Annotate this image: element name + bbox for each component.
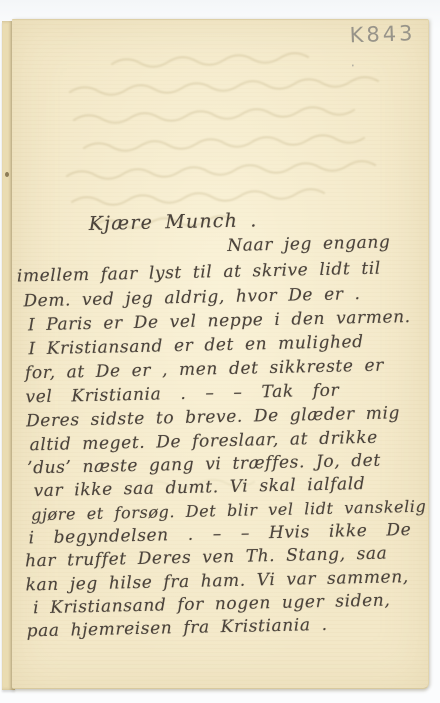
letter-line: paa hjemreisen fra Kristiania .	[26, 615, 327, 642]
letter-line: imellem faar lyst til at skrive lidt til	[17, 259, 381, 287]
letter-line: Deres sidste to breve. De glæder mig	[26, 403, 400, 431]
letter-page: K843 Kjære Munch . Naar jeg engang imell…	[12, 19, 429, 689]
paper-speck	[5, 172, 9, 177]
letter-scan: K843 Kjære Munch . Naar jeg engang imell…	[0, 0, 440, 703]
letter-line: I Paris er De vel neppe i den varmen.	[28, 307, 411, 335]
letter-line: har truffet Deres ven Th. Stang, saa	[25, 544, 388, 572]
letter-line: Naar jeg engang	[227, 232, 391, 256]
letter-line: I Kristiansand er det en mulighed	[28, 332, 364, 359]
letter-line: var ikke saa dumt. Vi skal ialfald	[33, 474, 365, 501]
salutation-line: Kjære Munch .	[89, 209, 258, 235]
letter-line: Dem. ved jeg aldrig, hvor De er .	[23, 284, 360, 311]
letter-body: Kjære Munch . Naar jeg engang imellem fa…	[6, 12, 436, 689]
letter-line: for, at De er , men det sikkreste er	[25, 356, 384, 384]
letter-line: vel Kristiania . – – Tak for	[25, 381, 339, 408]
letter-line: i Kristiansand for nogen uger siden,	[33, 590, 391, 618]
